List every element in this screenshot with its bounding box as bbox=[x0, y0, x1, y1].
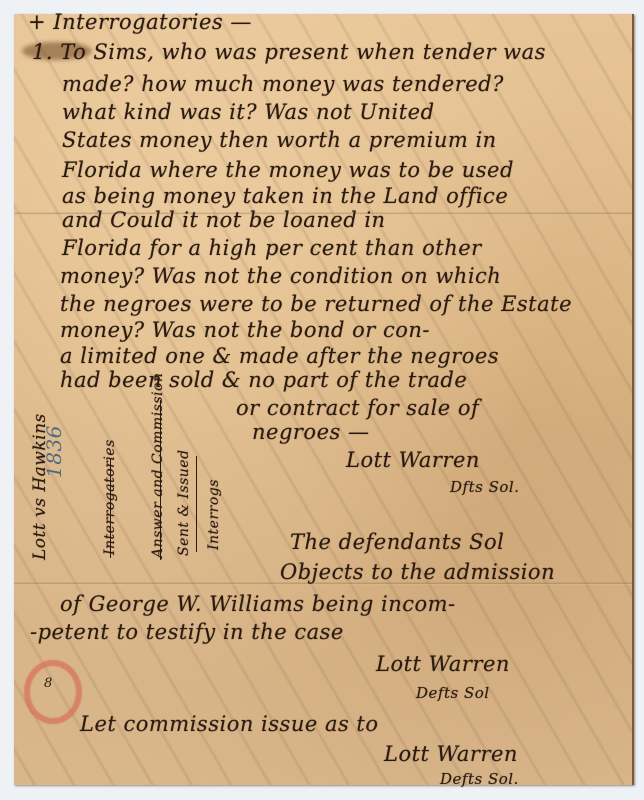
signature-title: Defts Sol bbox=[416, 684, 490, 702]
body-line: the negroes were to be returned of the E… bbox=[60, 292, 572, 316]
seal-number: 8 bbox=[44, 676, 52, 691]
body-line: a limited one & made after the negroes bbox=[60, 344, 499, 368]
signature-title: Defts Sol. bbox=[440, 770, 519, 788]
docket-endorsement: Interrogs bbox=[206, 479, 222, 550]
signature-name: Lott Warren bbox=[384, 742, 518, 766]
docket-party-names: Lott vs Hawkins bbox=[30, 413, 50, 560]
body-line: as being money taken in the Land office bbox=[62, 184, 508, 208]
body-line: what kind was it? Was not United bbox=[62, 100, 435, 124]
signature-name: Lott Warren bbox=[376, 652, 510, 676]
body-line: made? how much money was tendered? bbox=[62, 72, 504, 96]
objection-line: Objects to the admission bbox=[280, 560, 555, 584]
body-line: money? Was not the condition on which bbox=[60, 264, 501, 288]
objection-line: -petent to testify in the case bbox=[30, 620, 344, 644]
body-line: money? Was not the bond or con- bbox=[60, 318, 430, 342]
docket-endorsement: Sent & Issued bbox=[176, 449, 192, 556]
objection-line: of George W. Williams being incom- bbox=[60, 592, 456, 616]
body-line: Florida where the money was to be used bbox=[62, 158, 514, 182]
docket-bracket bbox=[160, 400, 161, 560]
signature-title: Dfts Sol. bbox=[450, 478, 519, 496]
body-line: 1. To Sims, who was present when tender … bbox=[32, 40, 546, 64]
body-line: had been sold & no part of the trade bbox=[60, 368, 467, 392]
body-line: or contract for sale of bbox=[236, 396, 479, 420]
signature-name: Lott Warren bbox=[346, 448, 480, 472]
body-line: negroes — bbox=[252, 420, 369, 444]
docket-endorsement: Answer and Commission bbox=[150, 373, 166, 558]
red-seal-mark bbox=[24, 660, 82, 724]
body-line: States money then worth a premium in bbox=[62, 128, 497, 152]
docket-bracket bbox=[110, 458, 111, 558]
objection-line: The defendants Sol bbox=[290, 530, 504, 554]
body-line: and Could it not be loaned in bbox=[62, 208, 386, 232]
docket-bracket bbox=[196, 456, 197, 552]
heading: + Interrogatories — bbox=[28, 10, 252, 34]
body-line: Florida for a high per cent than other bbox=[62, 236, 482, 260]
closing-line: Let commission issue as to bbox=[80, 712, 379, 736]
